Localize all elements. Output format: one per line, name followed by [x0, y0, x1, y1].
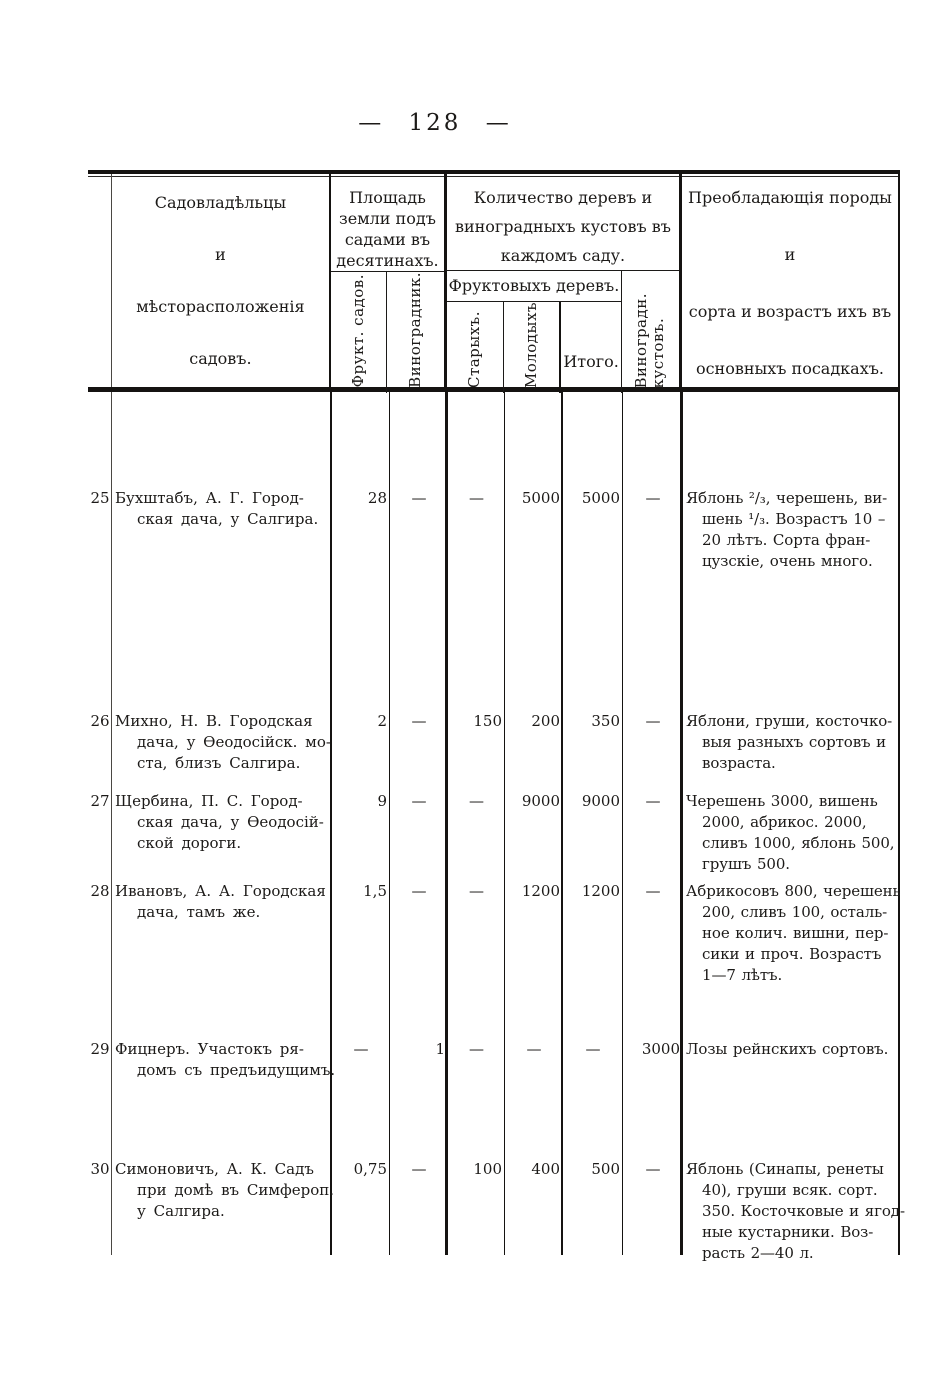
header-vine-bushes-label: Виноградн. кустовъ. [633, 293, 667, 393]
vine-bushes-cell: — [623, 791, 683, 812]
total-trees-cell: 9000 [563, 791, 623, 812]
page-number: — 128 — [0, 110, 870, 136]
breeds-cell: Абрикосовъ 800, черешень 200, сливъ 100,… [683, 881, 898, 986]
old-trees-cell: 100 [448, 1159, 505, 1180]
breeds-cell: Яблони, груши, косточко- выя разныхъ сор… [683, 711, 898, 774]
row-number-cell: 30 [88, 1159, 112, 1180]
old-trees-cell: — [448, 488, 505, 509]
owner-cell: Бухштабъ, А. Г. Город- ская дача, у Салг… [112, 488, 332, 530]
young-trees-cell: 1200 [505, 881, 563, 902]
table-row: 28 Ивановъ, А. А. Городская дача, тамъ ж… [88, 881, 898, 986]
table-row: 29 Фицнеръ. Участокъ ря- домъ съ предъид… [88, 1039, 898, 1081]
header-fruit-trees-label: Фруктовыхъ деревъ. [447, 271, 621, 302]
vineyard-area-cell: 1 [390, 1039, 448, 1060]
orchards-table: Садовладѣльцы и мѣсторасположенія садовъ… [88, 170, 900, 1255]
table-header: Садовладѣльцы и мѣсторасположенія садовъ… [88, 174, 898, 387]
breeds-cell: Яблонь ²/₃, черешень, ви- шень ¹/₃. Возр… [683, 488, 898, 572]
young-trees-cell: 9000 [505, 791, 563, 812]
header-breeds: Преобладающія породы и сорта и возрастъ … [682, 174, 898, 387]
header-row-number [88, 174, 112, 387]
orchard-area-cell: 28 [332, 488, 390, 509]
table-row: 26 Михно, Н. В. Городская дача, у Ѳеодос… [88, 711, 898, 774]
header-fruit-trees-band: Фруктовыхъ деревъ. Старыхъ. Молодыхъ Ито… [447, 271, 622, 393]
owner-cell: Фицнеръ. Участокъ ря- домъ съ предъидущи… [112, 1039, 332, 1081]
old-trees-cell: 150 [448, 711, 505, 732]
young-trees-cell: 400 [505, 1159, 563, 1180]
old-trees-cell: — [448, 1039, 505, 1060]
vine-bushes-cell: 3000 [623, 1039, 683, 1060]
young-trees-cell: — [505, 1039, 563, 1060]
vine-bushes-cell: — [623, 881, 683, 902]
header-owner: Садовладѣльцы и мѣсторасположенія садовъ… [112, 174, 331, 387]
row-number-cell: 29 [88, 1039, 112, 1060]
row-number-cell: 27 [88, 791, 112, 812]
header-orchard-area: Фрукт. садов. [331, 272, 388, 393]
orchard-area-cell: 1,5 [332, 881, 390, 902]
old-trees-cell: — [448, 881, 505, 902]
row-number-cell: 25 [88, 488, 112, 509]
breeds-cell: Черешень 3000, вишень 2000, абрикос. 200… [683, 791, 898, 875]
header-area-group-label: Площадь земли подъ садами въ десятинахъ. [331, 174, 444, 272]
header-old-trees-label: Старыхъ. [467, 311, 482, 393]
scanned-page: — 128 — Садовладѣльцы и мѣсторасположені… [0, 0, 928, 1393]
row-number-cell: 28 [88, 881, 112, 902]
owner-cell: Симоновичъ, А. К. Садъ при домѣ въ Симфе… [112, 1159, 332, 1222]
total-trees-cell: 350 [563, 711, 623, 732]
header-area-group: Площадь земли подъ садами въ десятинахъ.… [331, 174, 447, 387]
header-vineyard-area: Виноградник. [387, 272, 443, 393]
total-trees-cell: — [563, 1039, 623, 1060]
breeds-cell: Лозы рейнскихъ сортовъ. [683, 1039, 898, 1060]
old-trees-cell: — [448, 791, 505, 812]
owner-cell: Щербина, П. С. Город- ская дача, у Ѳеодо… [112, 791, 332, 854]
orchard-area-cell: 2 [332, 711, 390, 732]
header-total: Итого. [561, 302, 621, 393]
total-trees-cell: 5000 [563, 488, 623, 509]
header-vineyard-area-label: Виноградник. [408, 272, 423, 393]
owner-cell: Ивановъ, А. А. Городская дача, тамъ же. [112, 881, 332, 923]
header-count-group-label: Количество деревъ и виноградныхъ кустовъ… [447, 174, 679, 271]
vineyard-area-cell: — [390, 1159, 448, 1180]
owner-cell: Михно, Н. В. Городская дача, у Ѳеодосійс… [112, 711, 332, 774]
table-row: 25 Бухштабъ, А. Г. Город- ская дача, у С… [88, 488, 898, 572]
header-vine-bushes: Виноградн. кустовъ. [622, 271, 679, 393]
breeds-cell: Яблонь (Синапы, ренеты 40), груши всяк. … [683, 1159, 898, 1264]
header-old-trees: Старыхъ. [447, 302, 504, 393]
vineyard-area-cell: — [390, 488, 448, 509]
total-trees-cell: 1200 [563, 881, 623, 902]
header-young-trees: Молодыхъ [504, 302, 562, 393]
header-total-label: Итого. [563, 352, 619, 371]
total-trees-cell: 500 [563, 1159, 623, 1180]
table-row: 30 Симоновичъ, А. К. Садъ при домѣ въ Си… [88, 1159, 898, 1264]
orchard-area-cell: 9 [332, 791, 390, 812]
header-young-trees-label: Молодыхъ [524, 302, 539, 393]
row-number-cell: 26 [88, 711, 112, 732]
vine-bushes-cell: — [623, 1159, 683, 1180]
orchard-area-cell: — [332, 1039, 390, 1060]
table-body: 25 Бухштабъ, А. Г. Город- ская дача, у С… [88, 392, 898, 1255]
vineyard-area-cell: — [390, 711, 448, 732]
young-trees-cell: 200 [505, 711, 563, 732]
vine-bushes-cell: — [623, 488, 683, 509]
vineyard-area-cell: — [390, 791, 448, 812]
young-trees-cell: 5000 [505, 488, 563, 509]
header-count-group: Количество деревъ и виноградныхъ кустовъ… [447, 174, 682, 387]
orchard-area-cell: 0,75 [332, 1159, 390, 1180]
table-row: 27 Щербина, П. С. Город- ская дача, у Ѳе… [88, 791, 898, 875]
vine-bushes-cell: — [623, 711, 683, 732]
vineyard-area-cell: — [390, 881, 448, 902]
header-orchard-area-label: Фрукт. садов. [351, 274, 366, 392]
